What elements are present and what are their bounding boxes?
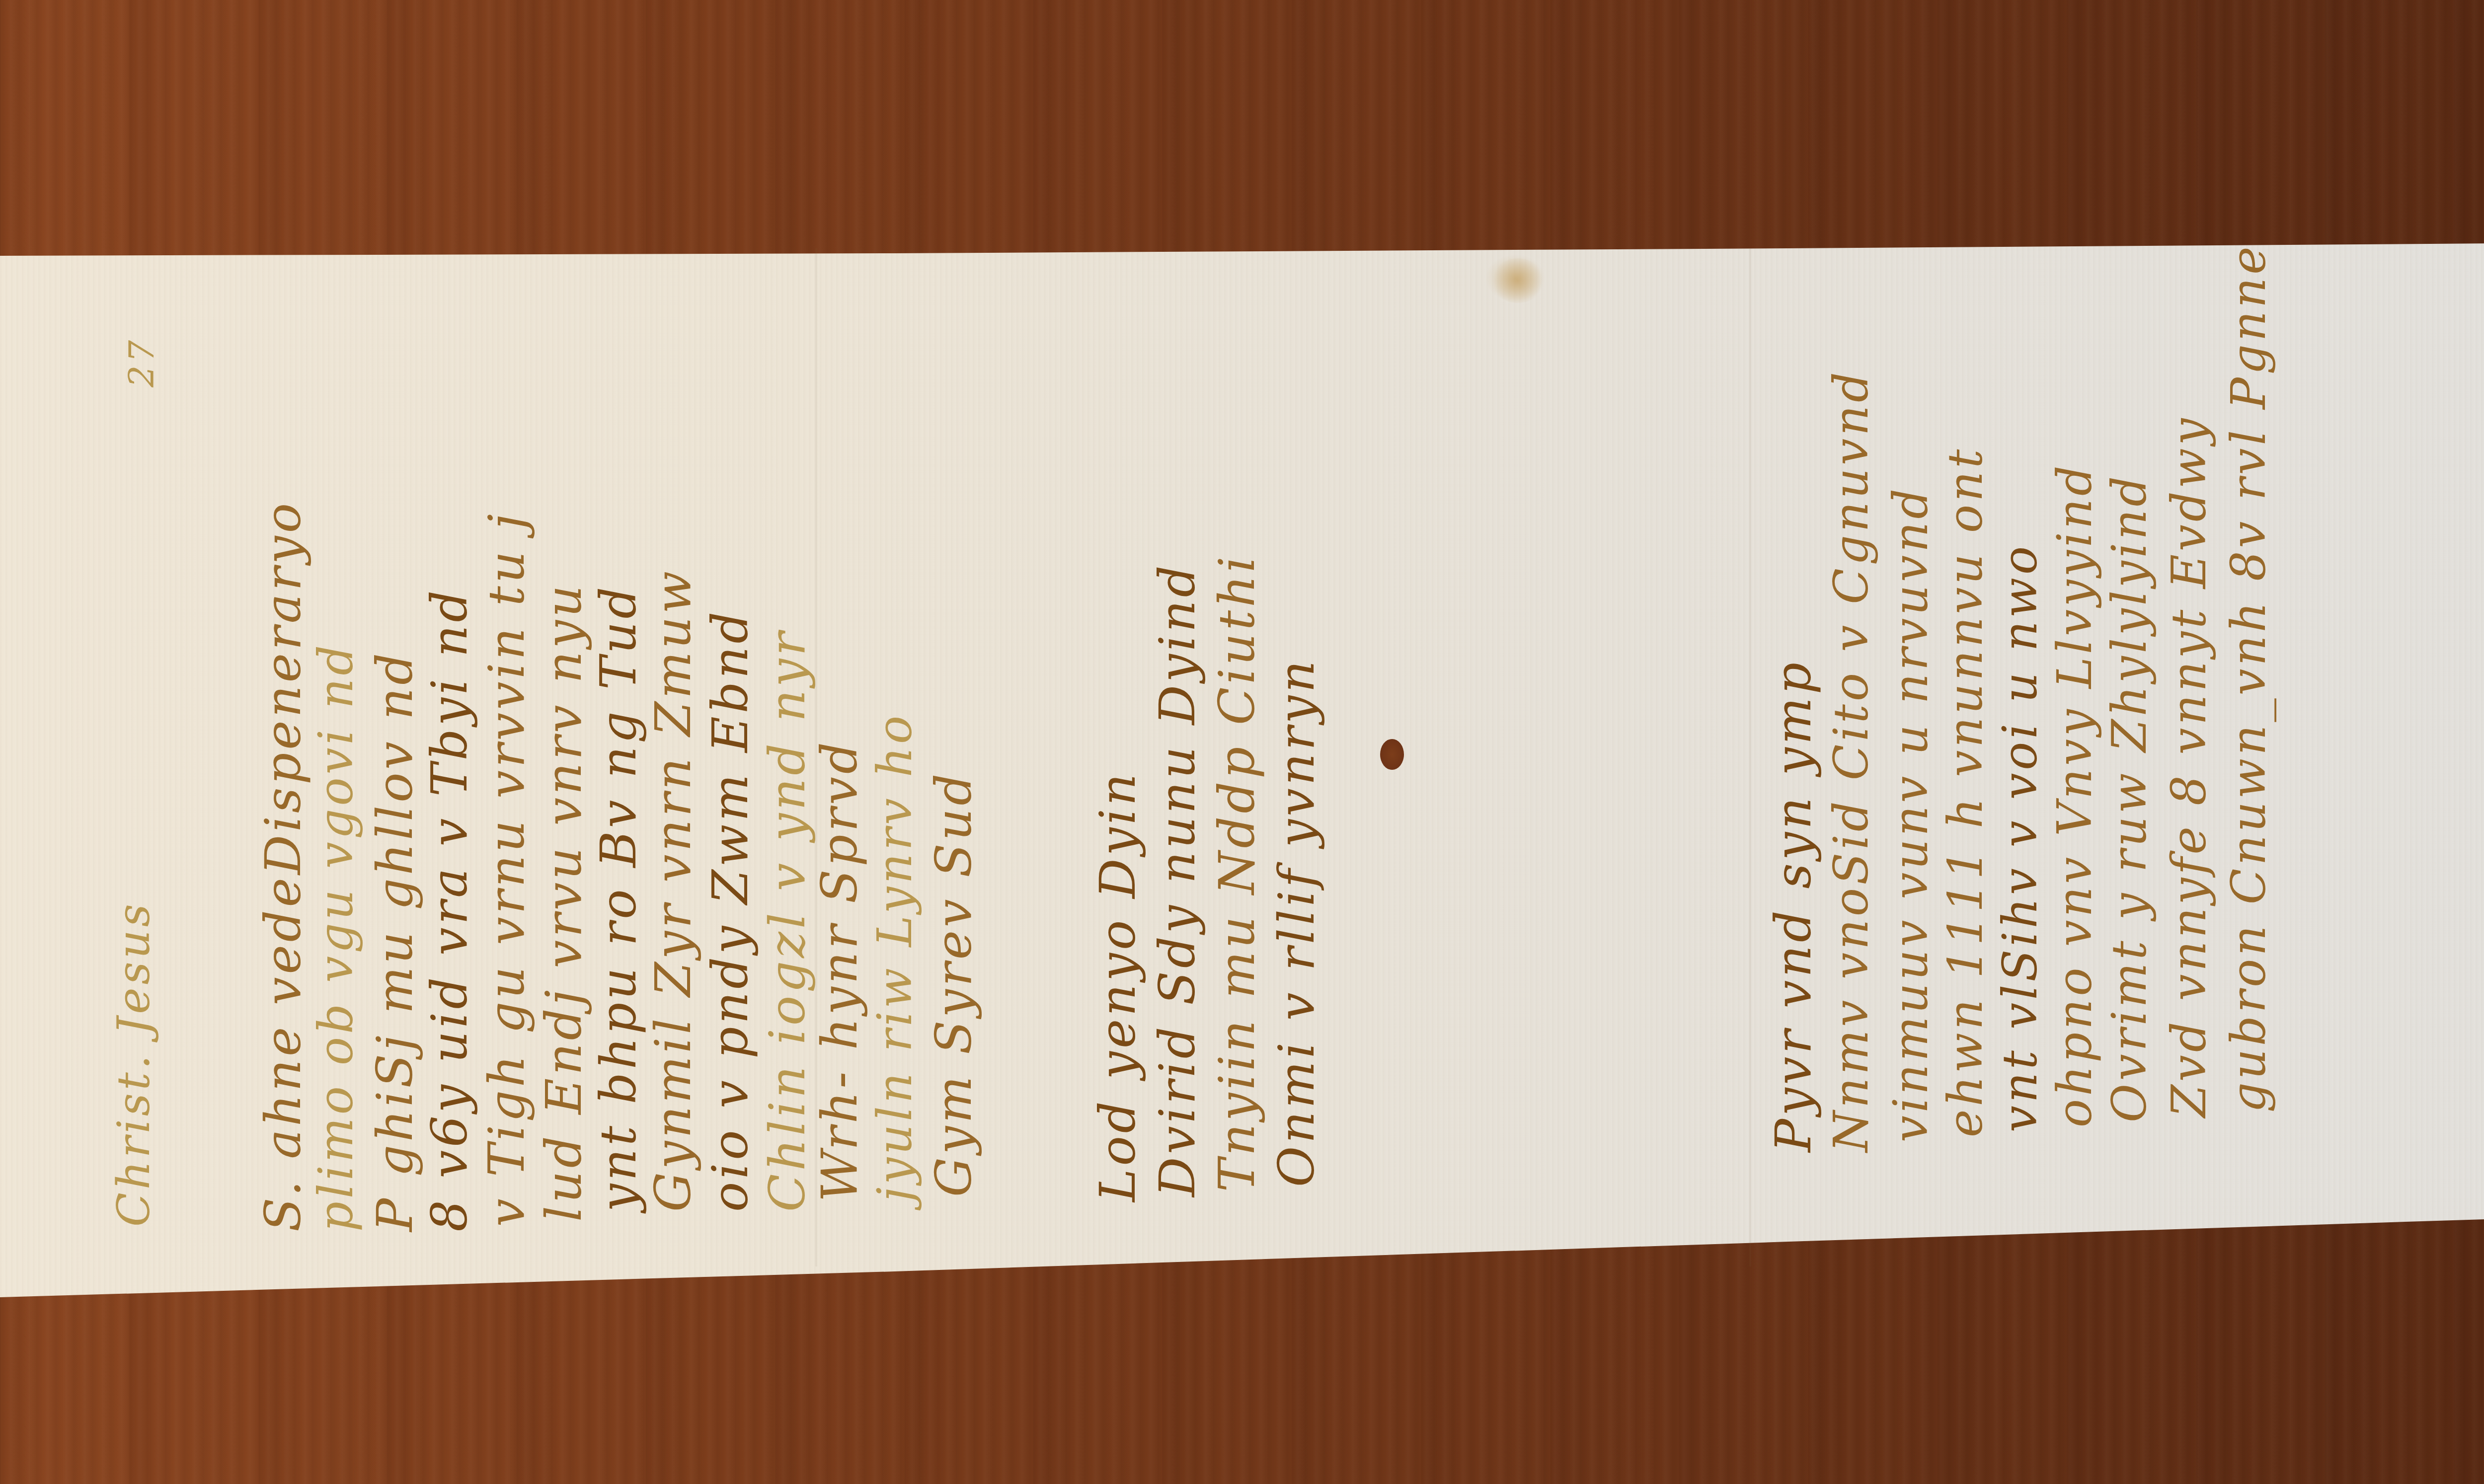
manuscript-line: Nnmv vnoSid Cito v Cgnuvnd bbox=[1828, 369, 1875, 1152]
manuscript-line: S. ahne vedeDispeneraryo bbox=[258, 500, 308, 1232]
marginal-note: Christ. Jesus bbox=[112, 901, 156, 1227]
manuscript-line: vinmuuv vunv u nrvuvnd bbox=[1888, 486, 1935, 1142]
manuscript-line: Zvd vnnyfe 8 vnnyt Evdwy bbox=[2166, 415, 2213, 1117]
manuscript-line: Ovrimt y ruw Zhylylyind bbox=[2106, 473, 2154, 1122]
manuscript-line: gubron Cnuwn_vnh 8v rvl Pgnne bbox=[2226, 244, 2273, 1113]
paper-fold-line bbox=[1749, 248, 1752, 1266]
manuscript-line: Tnyiin mu Nddp Ciuthi bbox=[1212, 553, 1262, 1192]
manuscript-line: Wrh- hynr Sprvd bbox=[815, 739, 864, 1202]
manuscript-line: ehwn 1111 h vnunnvu ont bbox=[1942, 446, 1990, 1137]
manuscript-line: jyuln riw Lynrv ho bbox=[872, 713, 919, 1202]
manuscript-line: Onmi v rllif yvnryn bbox=[1272, 658, 1321, 1187]
manuscript-line: Gym Syrev Sud bbox=[929, 771, 979, 1197]
manuscript-line: ohpno vnv Vnvy Llvyyind bbox=[2052, 462, 2099, 1127]
ink-stain bbox=[1490, 258, 1545, 303]
manuscript-line: P ghiSj mu ghllov nd bbox=[370, 650, 420, 1232]
manuscript-line: Dvirid Sdy nunu Dyind bbox=[1153, 562, 1202, 1197]
manuscript-line: Chlin iogzl v ynd nyr bbox=[763, 629, 812, 1212]
manuscript-line: lud Endj vrvu vnrv nyu bbox=[539, 582, 589, 1222]
manuscript-line: oio v pndy Zwm Ebnd bbox=[705, 609, 755, 1212]
manuscript-line: Pyvr vnd syn ymp bbox=[1769, 660, 1818, 1152]
manuscript-line: v Tigh gu vrnu vrvvin tu j bbox=[482, 511, 532, 1227]
manuscript-line: 8 v6y uid vra v Tbyi nd bbox=[425, 588, 474, 1232]
folio-number: 27 bbox=[124, 337, 159, 387]
manuscript-line: Lod yenyo Dyin bbox=[1093, 771, 1143, 1202]
manuscript-line: plimo ob vgu vgovi nd bbox=[313, 642, 360, 1232]
manuscript-line: ynt bhpu ro Bv ng Tud bbox=[594, 584, 643, 1212]
paper-hole bbox=[1380, 739, 1404, 770]
manuscript-line: vnt vlSihv v voi u nwo bbox=[1997, 543, 2044, 1132]
manuscript-line: Gynmil Zyr vnrn Zmuw bbox=[648, 568, 698, 1212]
